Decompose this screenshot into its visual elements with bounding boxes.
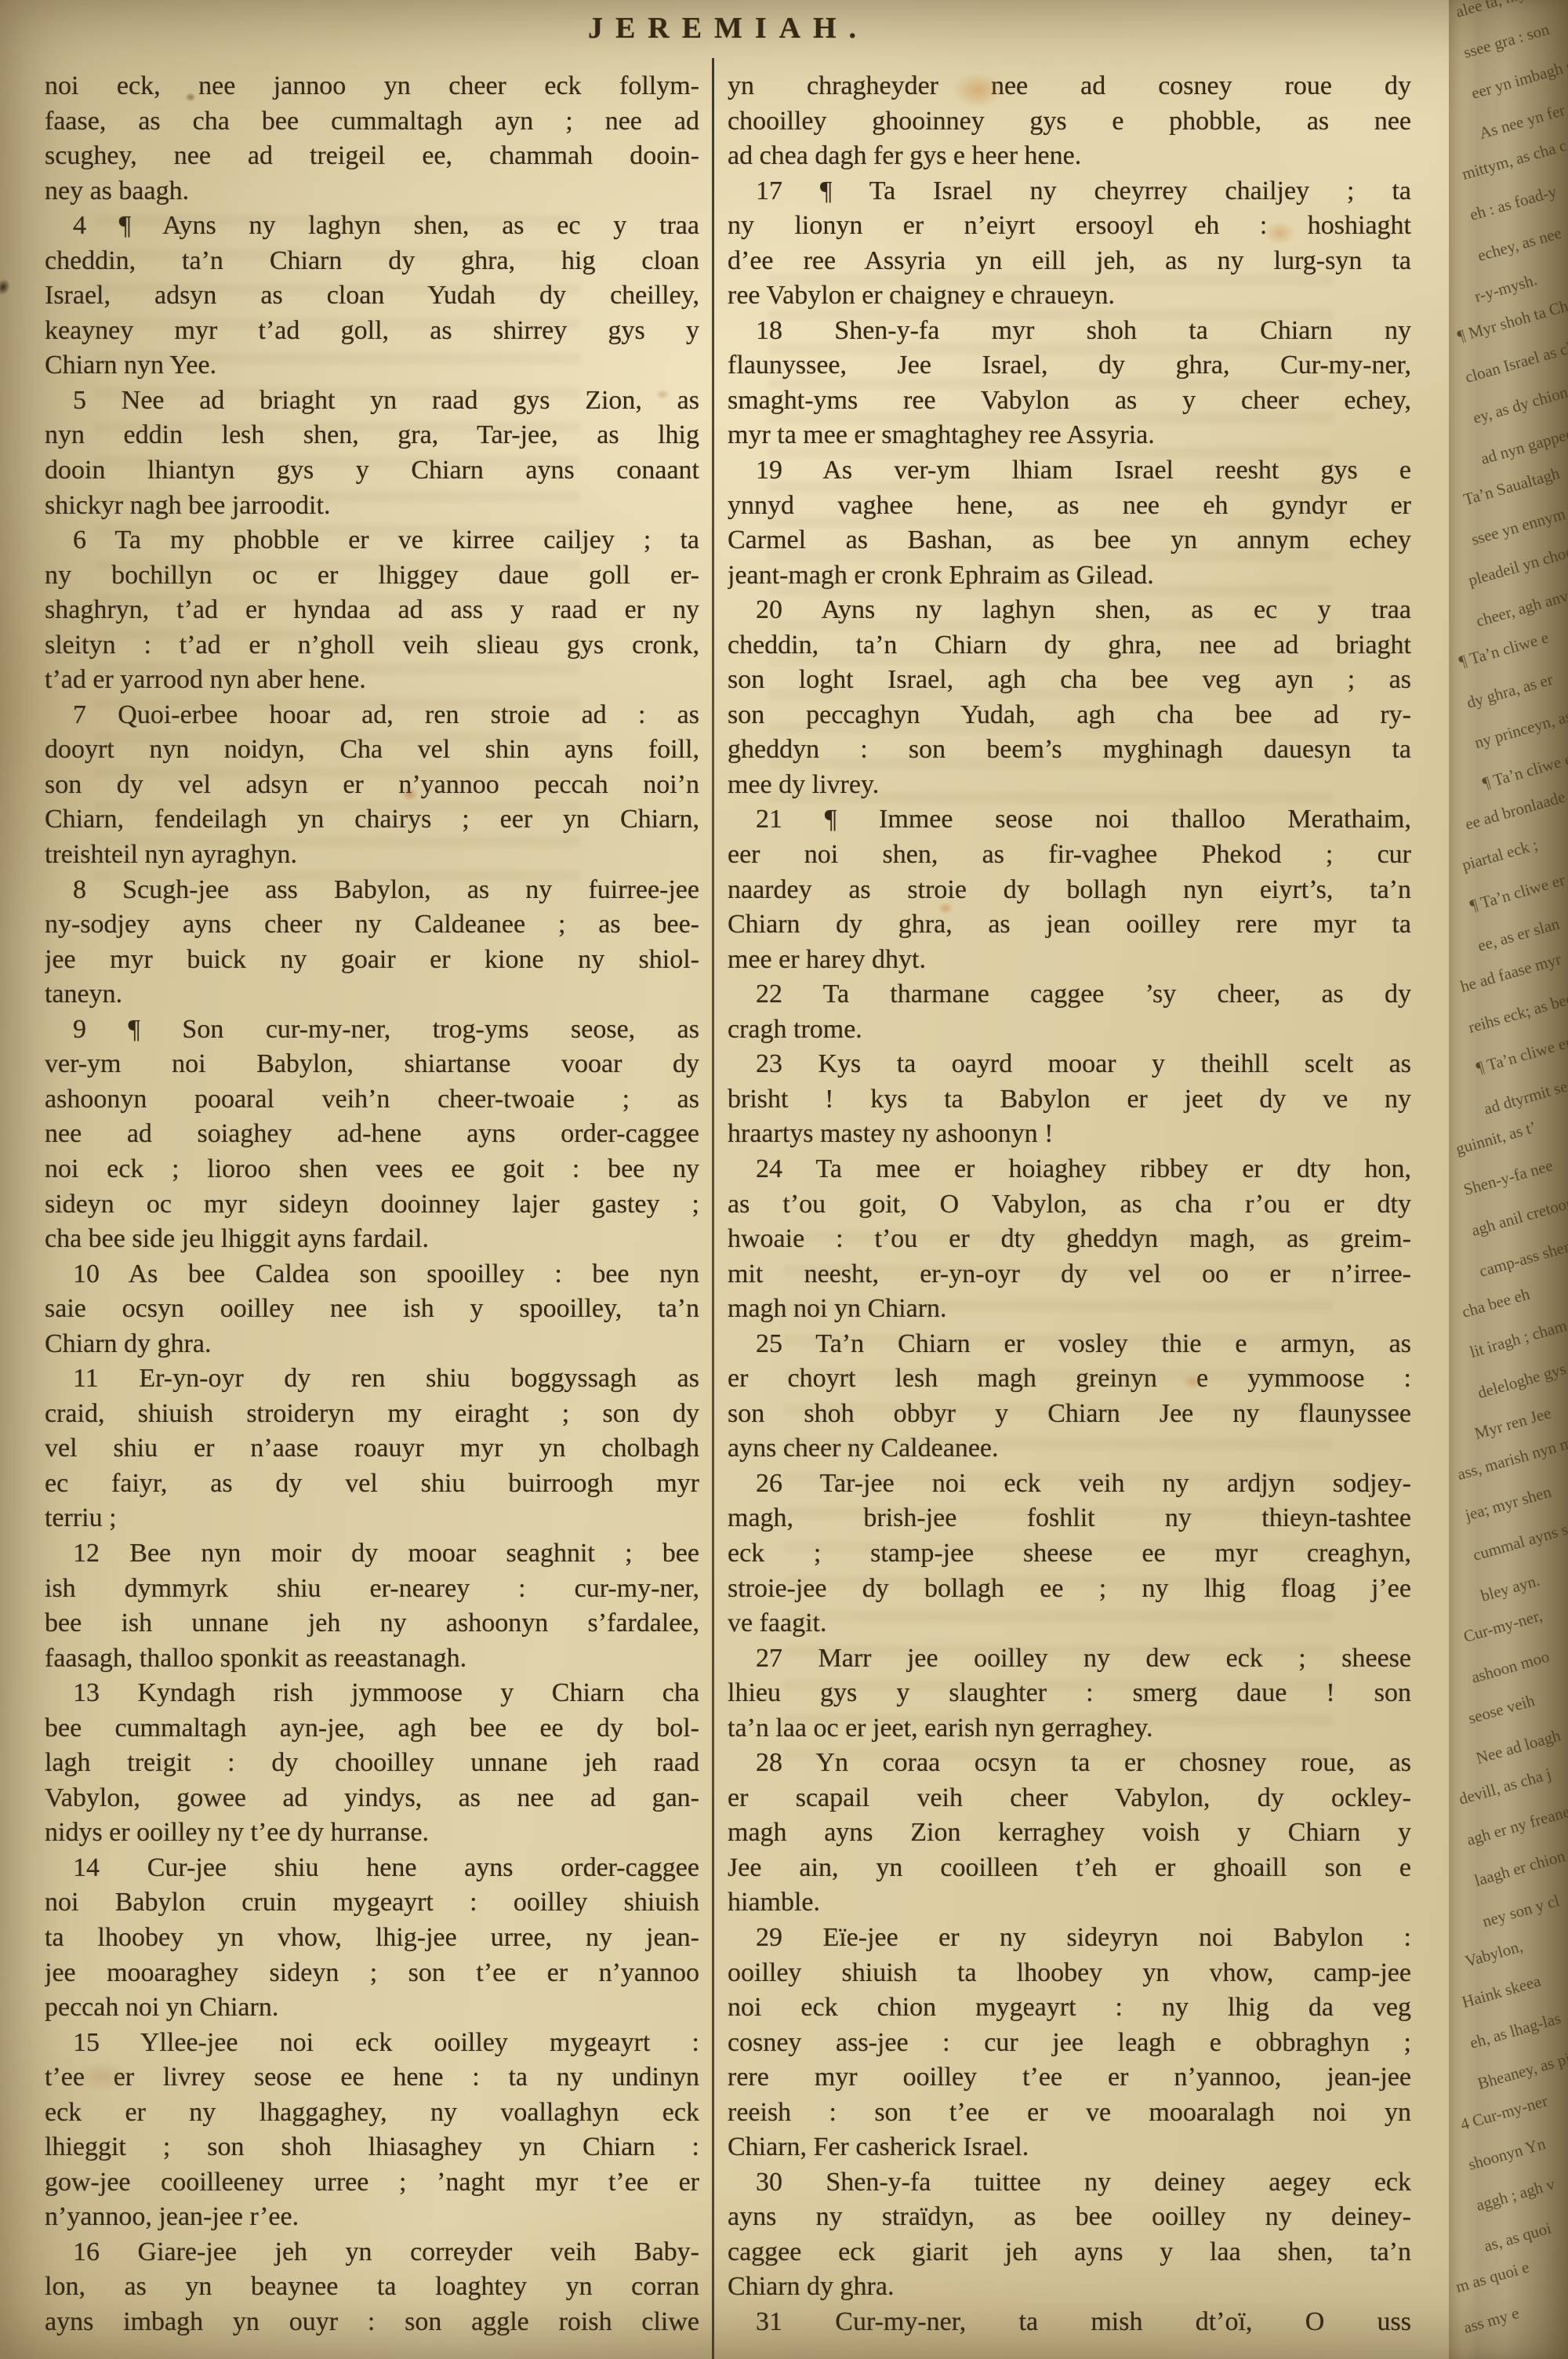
next-page-text-fragment: agh anil cretoor — [1469, 1194, 1568, 1241]
ink-speck — [0, 278, 12, 297]
next-page-text-fragment: camp-ass shen, a — [1477, 1232, 1568, 1281]
text-line: 10 As bee Caldea son spooilley : bee nyn — [45, 1257, 699, 1292]
next-page-text-fragment: ass, marish nyn m — [1455, 1433, 1568, 1485]
text-line: magh noi yn Chiarn. — [728, 1292, 1411, 1327]
running-head-book-title: JEREMIAH. — [0, 11, 1457, 45]
next-page-text-fragment: Vabylon, — [1463, 1937, 1525, 1972]
text-line: nee ad soiaghey ad-hene ayns order-cagge… — [45, 1117, 699, 1152]
next-page-text-fragment: Nee ad loagh — [1474, 1726, 1563, 1769]
next-page-text-fragment: ssee yn ennym e — [1469, 501, 1568, 550]
text-line: ayns ny straïdyn, as bee ooilley ny dein… — [728, 2200, 1411, 2235]
text-line: son peccaghyn Yudah, agh cha bee ad ry- — [728, 698, 1411, 733]
text-line: eck ; stamp-jee sheese ee myr creaghyn, — [728, 1536, 1411, 1572]
next-page-text-fragment: ass my e — [1461, 2303, 1521, 2338]
text-line: ree Vabylon er chaigney e chraueyn. — [728, 278, 1411, 314]
next-page-text-fragment: laagh er chion — [1472, 1846, 1567, 1891]
next-page-text-fragment: alee ta, my — [1454, 0, 1528, 22]
text-line: flaunyssee, Jee Israel, dy ghra, Cur-my-… — [728, 348, 1411, 383]
next-page-text-fragment: ¶ Ta’n cliwe e — [1457, 627, 1551, 672]
next-page-text-fragment: aggh ; agh v — [1474, 2175, 1557, 2215]
text-line: reeish : son t’ee er ve mooaralagh noi y… — [728, 2095, 1411, 2131]
next-page-text-fragment: ashoon moo — [1469, 1647, 1552, 1688]
text-line: chooilley ghooinney gys e phobble, as ne… — [728, 104, 1411, 140]
next-page-text-fragment: shoonyn Yn — [1466, 2134, 1548, 2175]
next-page-text-fragment: agh er ny freane — [1465, 1802, 1568, 1850]
text-line: er scapail veih cheer Vabylon, dy ockley… — [728, 1781, 1411, 1816]
text-line: taneyn. — [45, 977, 699, 1012]
next-page-text-fragment: Haink skeea — [1460, 1972, 1543, 2012]
next-page-text-fragment: he ad faase myr — [1458, 950, 1563, 998]
next-page-text-fragment: ¶ Myr shoh ta Ch — [1455, 296, 1568, 347]
text-line: Carmel as Bashan, as bee yn annym echey — [728, 523, 1411, 558]
next-page-text-fragment: As nee yn fer s — [1477, 98, 1568, 144]
text-line: faasagh, thalloo sponkit as reeastanagh. — [45, 1641, 699, 1677]
text-line: ny-sodjey ayns cheer ny Caldeanee ; as b… — [45, 907, 699, 943]
next-page-text-fragment: Bheaney, as pia — [1475, 2047, 1568, 2094]
text-line: t’ee er livrey seose ee hene : ta ny und… — [45, 2060, 699, 2095]
text-line: as t’ou goit, O Vabylon, as cha r’ou er … — [728, 1187, 1411, 1223]
text-line: ish dymmyrk shiu er-nearey : cur-my-ner, — [45, 1572, 699, 1607]
text-line: cosney ass-jee : cur jee leagh e obbragh… — [728, 2026, 1411, 2061]
next-page-text-fragment: mittym, as cha c — [1460, 136, 1568, 184]
text-line: saie ocsyn ooilley nee ish y spooilley, … — [45, 1292, 699, 1327]
next-page-text-fragment: dy ghra, as er — [1465, 669, 1555, 712]
next-page-text-fragment: ssee gra : son — [1461, 20, 1552, 63]
next-page-curled-edge: alee ta, myssee gra : soneer yn imbagh s… — [1449, 0, 1568, 2359]
text-line: 30 Shen-y-fa tuittee ny deiney aegey eck — [728, 2165, 1411, 2201]
text-line: scughey, nee ad treigeil ee, chammah doo… — [45, 139, 699, 174]
right-text-column: yn chragheyder nee ad cosney roue dychoo… — [728, 69, 1411, 2340]
text-line: hiamble. — [728, 1885, 1411, 1921]
text-line: shickyr nagh bee jarroodit. — [45, 489, 699, 524]
text-line: 13 Kyndagh rish jymmoose y Chiarn cha — [45, 1676, 699, 1711]
text-line: Chiarn dy ghra, as jean ooilley rere myr… — [728, 907, 1411, 943]
text-line: rere myr ooilley t’ee er n’yannoo, jean-… — [728, 2060, 1411, 2095]
text-line: cheddin, ta’n Chiarn dy ghra, hig cloan — [45, 244, 699, 279]
text-line: 26 Tar-jee noi eck veih ny ardjyn sodjey… — [728, 1467, 1411, 1502]
next-page-text-fragment: cheer, agh anve — [1474, 584, 1568, 631]
text-line: ta lhoobey yn vhow, lhig-jee urree, ny j… — [45, 1921, 699, 1956]
text-line: eck er ny lhaggaghey, ny voallaghyn eck — [45, 2095, 699, 2131]
text-line: magh ayns Zion kerraghey voish y Chiarn … — [728, 1816, 1411, 1851]
text-line: peccah noi yn Chiarn. — [45, 1990, 699, 2026]
text-line: faase, as cha bee cummaltagh ayn ; nee a… — [45, 104, 699, 140]
next-page-text-fragment: ¶ Ta’n cliwe er ny — [1480, 743, 1568, 794]
text-line: dooyrt nyn noidyn, Cha vel shin ayns foi… — [45, 732, 699, 768]
text-line: ver-ym noi Babylon, shiartanse vooar dy — [45, 1047, 699, 1082]
text-line: 12 Bee nyn moir dy mooar seaghnit ; bee — [45, 1536, 699, 1572]
scanned-book-page: JEREMIAH. noi eck, nee jannoo yn cheer e… — [0, 0, 1568, 2359]
text-line: noi eck chion mygeayrt : ny lhig da veg — [728, 1990, 1411, 2026]
text-line: ve faagit. — [728, 1606, 1411, 1641]
text-line: 27 Marr jee ooilley ny dew eck ; sheese — [728, 1641, 1411, 1677]
text-line: noi eck, nee jannoo yn cheer eck follym- — [45, 69, 699, 104]
text-line: ynnyd vaghee hene, as nee eh gyndyr er — [728, 489, 1411, 524]
text-line: jeant-magh er cronk Ephraim as Gilead. — [728, 558, 1411, 594]
text-line: ashoonyn pooaral veih’n cheer-twoaie ; a… — [45, 1082, 699, 1118]
text-line: 6 Ta my phobble er ve kirree cailjey ; t… — [45, 523, 699, 558]
text-line: lagh treigit : dy chooilley unnane jeh r… — [45, 1746, 699, 1781]
next-page-text-fragment: echey, as nee — [1475, 223, 1564, 265]
text-line: naardey as stroie dy bollagh nyn eiyrt’s… — [728, 873, 1411, 908]
next-page-text-fragment: ney son y cl — [1480, 1891, 1562, 1932]
text-line: ney as baagh. — [45, 174, 699, 209]
column-divider-rule — [712, 58, 714, 2359]
next-page-text-fragment: guinnit, as t’ — [1454, 1118, 1538, 1159]
text-line: son dy vel adsyn er n’yannoo peccah noi’… — [45, 768, 699, 803]
next-page-text-fragment: Myr ren Jee — [1472, 1403, 1553, 1444]
text-line: smaght-yms ree Vabylon as y cheer echey, — [728, 383, 1411, 419]
text-line: 29 Eïe-jee er ny sideyryn noi Babylon : — [728, 1921, 1411, 1956]
text-line: ad chea dagh fer gys e heer hene. — [728, 139, 1411, 174]
text-line: er choyrt lesh magh greinyn e yymmoose : — [728, 1361, 1411, 1397]
text-line: 4 ¶ Ayns ny laghyn shen, as ec y traa — [45, 209, 699, 244]
text-line: dooin lhiantyn gys y Chiarn ayns conaant — [45, 453, 699, 489]
text-line: sleityn : t’ad er n’gholl veih slieau gy… — [45, 628, 699, 663]
text-line: lhieu gys y slaughter : smerg daue ! son — [728, 1676, 1411, 1711]
text-line: lhieggit ; son shoh lhiasaghey yn Chiarn… — [45, 2130, 699, 2165]
text-line: keayney myr t’ad goll, as shirrey gys y — [45, 314, 699, 349]
next-page-text-fragment: as, as quoi — [1482, 2219, 1554, 2256]
next-page-text-fragment: cloan Israel as cloa — [1463, 334, 1568, 387]
next-page-text-fragment: ad nyn gappee — [1479, 423, 1568, 468]
text-line: jee myr buick ny goair er kione ny shiol… — [45, 943, 699, 978]
next-page-text-fragment: ey, as dy chion — [1471, 383, 1568, 428]
text-line: shaghryn, t’ad er hyndaa ad ass y raad e… — [45, 593, 699, 628]
text-line: cha bee side jeu lhiggit ayns fardail. — [45, 1222, 699, 1257]
text-line: bee cummaltagh ayn-jee, agh bee ee dy bo… — [45, 1711, 699, 1747]
text-line: ny lionyn er n’eiyrt ersooyl eh : hoshia… — [728, 209, 1411, 244]
text-line: 20 Ayns ny laghyn shen, as ec y traa — [728, 593, 1411, 628]
next-page-text-fragment: Ta’n Saualtagh — [1461, 463, 1562, 510]
text-line: Chiarn dy ghra. — [728, 2270, 1411, 2305]
text-line: noi Babylon cruin mygeayrt : ooilley shi… — [45, 1885, 699, 1921]
next-page-text-fragment: devill, as cha j — [1457, 1765, 1553, 1809]
text-line: 31 Cur-my-ner, ta mish dt’oï, O uss — [728, 2305, 1411, 2340]
text-line: 14 Cur-jee shiu hene ayns order-caggee — [45, 1851, 699, 1886]
text-line: jee mooaraghey sideyn ; son t’ee er n’ya… — [45, 1956, 699, 1991]
text-line: hwoaie : t’ou er dty gheddyn magh, as gr… — [728, 1222, 1411, 1257]
text-line: noi eck ; lioroo shen vees ee goit : bee… — [45, 1152, 699, 1187]
text-line: 22 Ta tharmane caggee ’sy cheer, as dy — [728, 977, 1411, 1012]
text-line: gheddyn : son beem’s myghinagh dauesyn t… — [728, 732, 1411, 768]
text-line: yn chragheyder nee ad cosney roue dy — [728, 69, 1411, 104]
text-line: stroie-jee dy bollagh ee ; ny lhig floag… — [728, 1572, 1411, 1607]
next-page-text-fragment: ¶ Ta’n cliwe er — [1468, 870, 1567, 915]
next-page-text-fragment: deleloghe gys s — [1475, 1356, 1568, 1403]
text-line: ayns cheer ny Caldeanee. — [728, 1431, 1411, 1467]
next-page-text-fragment: bley ayn. — [1479, 1571, 1542, 1606]
text-line: Chiarn nyn Yee. — [45, 348, 699, 383]
text-line: Vabylon, gowee ad yindys, as nee ad gan- — [45, 1781, 699, 1816]
text-line: 25 Ta’n Chiarn er vosley thie e armyn, a… — [728, 1327, 1411, 1362]
text-line: son loght Israel, agh cha bee veg ayn ; … — [728, 663, 1411, 698]
text-line: myr ta mee er smaghtaghey ree Assyria. — [728, 418, 1411, 453]
text-line: 24 Ta mee er hoiaghey ribbey er dty hon, — [728, 1152, 1411, 1187]
text-line: 17 ¶ Ta Israel ny cheyrrey chailjey ; ta — [728, 174, 1411, 209]
text-line: ny bochillyn oc er lhiggey daue goll er- — [45, 558, 699, 594]
text-line: nyn eddin lesh shen, gra, Tar-jee, as lh… — [45, 418, 699, 453]
next-page-text-fragment: reihs eck; as bee — [1466, 989, 1568, 1038]
next-page-text-fragment: eh, as lhag-las — [1468, 2008, 1563, 2053]
text-line: vel shiu er n’aase roauyr myr yn cholbag… — [45, 1431, 699, 1467]
text-line: caggee eck giarit jeh ayns y laa shen, t… — [728, 2235, 1411, 2270]
text-line: son shoh obbyr y Chiarn Jee ny flaunysse… — [728, 1397, 1411, 1432]
text-line: 16 Giare-jee jeh yn correyder veih Baby- — [45, 2235, 699, 2270]
next-page-text-fragment: ad dtyrmit seose — [1482, 1070, 1568, 1119]
next-page-text-fragment: ¶ Ta’n cliwe er — [1474, 1032, 1568, 1078]
next-page-text-fragment: cummal ayns s — [1471, 1520, 1568, 1565]
next-page-text-fragment: Shen-y-fa nee — [1461, 1156, 1555, 1200]
left-text-column: noi eck, nee jannoo yn cheer eck follym-… — [45, 69, 699, 2340]
text-line: eer noi shen, as fir-vaghee Phekod ; cur — [728, 838, 1411, 873]
next-page-text-fragment: r-y-mysh. — [1472, 270, 1540, 307]
text-line: craid, shiuish stroideryn my eiraght ; s… — [45, 1397, 699, 1432]
text-line: 7 Quoi-erbee hooar ad, ren stroie ad : a… — [45, 698, 699, 733]
text-line: 21 ¶ Immee seose noi thalloo Merathaim, — [728, 802, 1411, 838]
text-line: bee ish unnane jeh ny ashoonyn s’fardale… — [45, 1606, 699, 1641]
text-line: sideyn oc myr sideyn dooinney lajer gast… — [45, 1187, 699, 1223]
text-line: Jee ain, yn cooilleen t’eh er ghoaill so… — [728, 1851, 1411, 1886]
next-page-text-fragment: ee, as er slan — [1475, 914, 1562, 957]
next-page-text-fragment: cha bee eh — [1460, 1284, 1532, 1321]
next-page-text-fragment: piartal eck ; — [1460, 834, 1540, 874]
text-line: gow-jee cooilleeney urree ; ’naght myr t… — [45, 2165, 699, 2201]
text-line: nidys er ooilley ny t’ee dy hurranse. — [45, 1816, 699, 1851]
next-page-text-fragment: jea; myr shen — [1463, 1481, 1554, 1525]
text-line: 19 As ver-ym lhiam Israel reesht gys e — [728, 453, 1411, 489]
text-line: 5 Nee ad briaght yn raad gys Zion, as — [45, 383, 699, 419]
text-line: 28 Yn coraa ocsyn ta er chosney roue, as — [728, 1746, 1411, 1781]
text-line: ta’n laa oc er jeet, earish nyn gerraghe… — [728, 1711, 1411, 1747]
text-line: Israel, adsyn as cloan Yudah dy cheilley… — [45, 278, 699, 314]
text-line: 23 Kys ta oayrd mooar y theihll scelt as — [728, 1047, 1411, 1082]
next-page-text-fragment: eer yn imbagh sn — [1469, 53, 1568, 104]
text-line: ayns imbagh yn ouyr : son aggle roish cl… — [45, 2305, 699, 2340]
next-page-text-fragment: lit iragh ; cham — [1468, 1316, 1568, 1362]
text-line: mee dy livrey. — [728, 768, 1411, 803]
next-page-text-fragment: eh : as foad-y — [1468, 182, 1559, 225]
text-line: 11 Er-yn-oyr dy ren shiu boggyssagh as — [45, 1361, 699, 1397]
text-line: 18 Shen-y-fa myr shoh ta Chiarn ny — [728, 314, 1411, 349]
text-line: Chiarn, fendeilagh yn chairys ; eer yn C… — [45, 802, 699, 838]
text-line: terriu ; — [45, 1501, 699, 1536]
text-line: mit neesht, er-yn-oyr dy vel oo er n’irr… — [728, 1257, 1411, 1292]
text-line: ooilley shiuish ta lhoobey yn vhow, camp… — [728, 1956, 1411, 1991]
text-line: mee er harey dhyt. — [728, 943, 1411, 978]
text-line: 8 Scugh-jee ass Babylon, as ny fuirree-j… — [45, 873, 699, 908]
text-line: cheddin, ta’n Chiarn dy ghra, nee ad bri… — [728, 628, 1411, 663]
text-line: brisht ! kys ta Babylon er jeet dy ve ny — [728, 1082, 1411, 1118]
text-line: Chiarn dy ghra. — [45, 1327, 699, 1362]
text-line: t’ad er yarrood nyn aber hene. — [45, 663, 699, 698]
next-page-text-fragment: seose veih — [1466, 1691, 1537, 1728]
text-line: lon, as yn beaynee ta loaghtey yn corran — [45, 2270, 699, 2305]
next-page-text-fragment: m as quoi e — [1454, 2257, 1531, 2297]
text-line: d’ee ree Assyria yn eill jeh, as ny lurg… — [728, 244, 1411, 279]
text-line: 15 Yllee-jee noi eck ooilley mygeayrt : — [45, 2026, 699, 2061]
text-line: 9 ¶ Son cur-my-ner, trog-yms seose, as — [45, 1012, 699, 1048]
text-line: treishteil nyn ayraghyn. — [45, 838, 699, 873]
text-line: hraartys mastey ny ashoonyn ! — [728, 1117, 1411, 1152]
text-line: ec faiyr, as dy vel shiu buirroogh myr — [45, 1467, 699, 1502]
next-page-text-fragment: ee ad bronlaade — [1463, 787, 1568, 834]
text-line: n’yannoo, jean-jee r’ee. — [45, 2200, 699, 2235]
text-line: magh, brish-jee foshlit ny thieyn-tashte… — [728, 1501, 1411, 1536]
next-page-text-fragment: 4 Cur-my-ner — [1458, 2091, 1550, 2135]
text-line: cragh trome. — [728, 1012, 1411, 1048]
next-page-text-fragment: ny princeyn, as — [1472, 707, 1568, 753]
text-line: Chiarn, Fer casherick Israel. — [728, 2130, 1411, 2165]
next-page-text-fragment: Cur-my-ner, — [1461, 1606, 1544, 1647]
